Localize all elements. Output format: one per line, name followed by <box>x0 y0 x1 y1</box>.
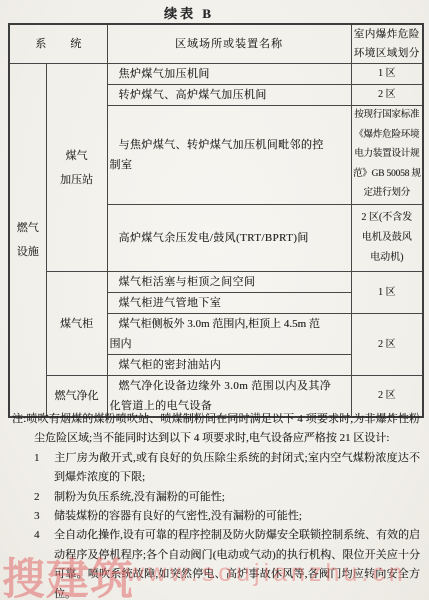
area-cell: 焦炉煤气加压机间 <box>107 64 351 85</box>
note-item-2: 2制粉为负压系统,没有漏粉的可能性; <box>34 488 420 507</box>
note-item-1: 1主厂房为敞开式,或有良好的负压除尘系统的封闭式;室内空气煤粉浓度达不到爆炸浓度… <box>34 449 420 488</box>
hazard-zone-table: 系统 区域场所或装置名称 室内爆炸危险 环境区域划分 燃气 设施 煤气 加压站 … <box>8 23 424 418</box>
area-cell: 煤气柜的密封油站内 <box>107 355 351 376</box>
zone-cell: 1 区 <box>351 272 423 314</box>
zone-cell: 2 区 <box>351 85 423 106</box>
note-item-number: 3 <box>34 507 54 526</box>
table-row: 煤气柜 煤气柜活塞与柜顶之间空间 1 区 <box>9 272 423 293</box>
zone-cell: 1 区 <box>351 64 423 85</box>
page-title: 续表 B <box>0 3 378 22</box>
zone-cell: 2 区(不含发 电机及鼓风 电动机) <box>351 205 423 272</box>
watermark-url: www.soujianzhu.cn <box>126 559 407 588</box>
note-item-number: 4 <box>34 526 54 545</box>
note-item-3: 3储装煤粉的容器有良好的气密性,没有漏粉的可能性; <box>34 507 420 526</box>
note-item-text: 主厂房为敞开式,或有良好的负压除尘系统的封闭式;室内空气煤粉浓度达不到爆炸浓度的… <box>54 452 420 483</box>
area-cell: 煤气柜侧板外 3.0m 范围内,柜顶上 4.5m 范 围内 <box>107 314 351 355</box>
table-header-row: 系统 区域场所或装置名称 室内爆炸危险 环境区域划分 <box>9 24 423 64</box>
document-page: 续表 B 系统 区域场所或装置名称 室内爆炸危险 环境区域划分 燃气 设施 煤气… <box>0 0 429 600</box>
table-row: 燃气 设施 煤气 加压站 焦炉煤气加压机间 1 区 <box>9 64 423 85</box>
note-item-text: 制粉为负压系统,没有漏粉的可能性; <box>54 491 225 503</box>
note-item-number: 1 <box>34 449 54 468</box>
note-item-number: 2 <box>34 488 54 507</box>
area-cell: 与焦炉煤气、转炉煤气加压机间毗邻的控 制室 <box>107 106 351 205</box>
subsystem-label-gas-pressurizing: 煤气 加压站 <box>46 64 107 272</box>
header-zone: 室内爆炸危险 环境区域划分 <box>351 24 423 64</box>
area-cell: 煤气柜进气管地下室 <box>107 293 351 314</box>
zone-cell: 按现行国家标准 《爆炸危险环境 电力装置设计规 范》GB 50058 规 定进行… <box>351 106 423 205</box>
area-cell: 高炉煤气余压发电/鼓风(TRT/BPRT)间 <box>107 205 351 272</box>
system-group-label: 燃气 设施 <box>9 64 46 418</box>
area-cell: 煤气柜活塞与柜顶之间空间 <box>107 272 351 293</box>
note-item-text: 储装煤粉的容器有良好的气密性,没有漏粉的可能性; <box>54 510 302 522</box>
header-system-label: 系统 <box>35 34 81 54</box>
header-area: 区域场所或装置名称 <box>107 24 351 64</box>
header-system: 系统 <box>9 24 107 64</box>
subsystem-label-gas-holder: 煤气柜 <box>46 272 107 376</box>
note-intro: 注:喷吹有烟煤的煤粉喷吹站、喷煤制粉间在同时满足以下 4 项要求时,为非爆炸性粉… <box>12 410 420 449</box>
zone-cell: 2 区 <box>351 314 423 376</box>
watermark-brand: 搜建筑 <box>2 546 134 600</box>
area-cell: 转炉煤气、高炉煤气加压机间 <box>107 85 351 106</box>
